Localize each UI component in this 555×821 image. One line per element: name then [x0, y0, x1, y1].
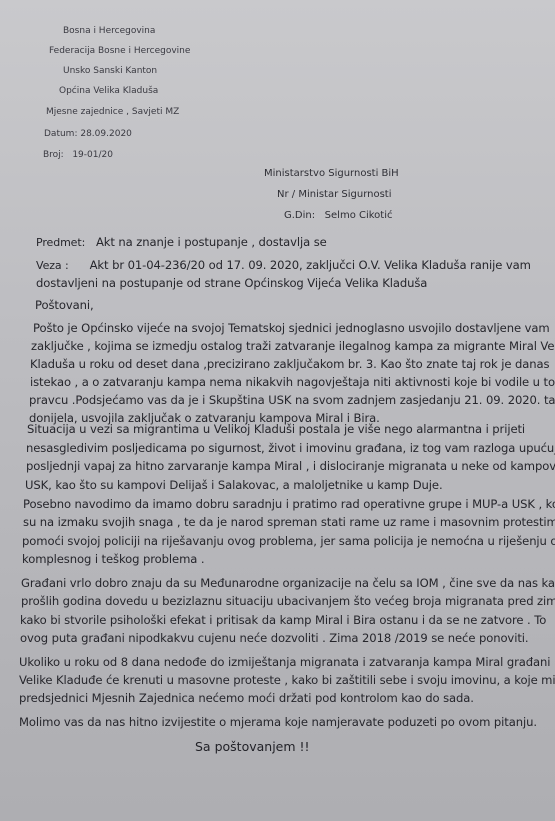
recipient-salutation: G.Din:: [284, 210, 315, 221]
reference-label: Veza :: [36, 259, 86, 272]
reference-line-1: Veza : Akt br 01-04-236/20 od 17. 09. 20…: [36, 258, 531, 272]
recipient-name: G.Din: Selmo Cikotić: [284, 210, 393, 221]
paragraph-line: ovog puta građani nipodkakvu cujenu neće…: [20, 631, 528, 645]
letter-page: Bosna i Hercegovina Federacija Bosne i H…: [0, 0, 555, 821]
reference-text-1: Akt br 01-04-236/20 od 17. 09. 2020, zak…: [90, 258, 531, 272]
letterhead-canton: Unsko Sanski Kanton: [63, 66, 157, 76]
paragraph-line: Molimo vas da nas hitno izvijestite o mj…: [19, 715, 537, 729]
recipient-ministry: Ministarstvo Sigurnosti BiH: [264, 168, 399, 179]
paragraph-line: pomoći svojoj policiji na riješavanju ov…: [22, 534, 555, 548]
paragraph-line: kako bi stvorile psihološki efekat i pri…: [20, 613, 546, 627]
paragraph-line: Građani vrlo dobro znaju da su Međunarod…: [21, 576, 555, 590]
paragraph-line: Situacija u vezi sa migrantima u Velikoj…: [27, 422, 525, 436]
paragraph-line: Posebno navodimo da imamo dobru saradnju…: [23, 497, 555, 511]
number-value: 19-01/20: [72, 150, 113, 160]
paragraph-line: USK, kao što su kampovi Delijaš i Salako…: [25, 478, 443, 492]
paragraph-line: zaključke , kojima se izmedju ostalog tr…: [31, 339, 555, 353]
number-label: Broj:: [43, 150, 64, 160]
paragraph-line: posljednji vapaj za hitno zarvaranje kam…: [26, 459, 555, 473]
letterhead-country: Bosna i Hercegovina: [63, 26, 155, 36]
letterhead-number: Broj: 19-01/20: [43, 150, 113, 160]
paragraph-line: nesasgledivim posljedicama po sigurnost,…: [26, 441, 555, 455]
reference-line-2: dostavljeni na postupanje od strane Opći…: [36, 276, 427, 290]
greeting: Poštovani,: [35, 298, 94, 312]
letterhead-date: Datum: 28.09.2020: [44, 129, 132, 139]
letterhead-office: Mjesne zajednice , Savjeti MZ: [46, 107, 179, 117]
paragraph-line: predsjednici Mjesnih Zajednica nećemo mo…: [19, 691, 474, 705]
recipient-minister: Nr / Ministar Sigurnosti: [277, 189, 392, 200]
closing-salutation: Sa poštovanjem !!: [195, 739, 310, 754]
letterhead-municipality: Općina Velika Kladuša: [59, 86, 158, 96]
subject-label: Predmet:: [36, 236, 85, 249]
paragraph-line: istekao , a o zatvaranju kampa nema nika…: [30, 375, 555, 389]
paragraph-line: su na izmaku svojih snaga , te da je nar…: [23, 515, 555, 529]
paragraph-line: prošlih godina dovedu u bezizlaznu situa…: [21, 594, 555, 608]
paragraph-line: Pošto je Općinsko vijeće na svojoj Temat…: [33, 321, 550, 335]
paragraph-line: Ukoliko u roku od 8 dana nedođe do izmij…: [19, 655, 550, 669]
date-label: Datum:: [44, 129, 77, 139]
paragraph-line: pravcu .Podsjećamo vas da je i Skupština…: [29, 393, 555, 407]
recipient-person: Selmo Cikotić: [325, 210, 393, 221]
subject-line: Predmet: Akt na znanje i postupanje , do…: [36, 235, 327, 249]
paragraph-line: Kladuša u roku od deset dana ,preciziran…: [30, 357, 549, 371]
letterhead-federation: Federacija Bosne i Hercegovine: [49, 46, 190, 56]
paragraph-line: komplesnog i teškog problema .: [22, 552, 204, 566]
subject-value: Akt na znanje i postupanje , dostavlja s…: [96, 235, 327, 249]
date-value: 28.09.2020: [80, 129, 132, 139]
paragraph-line: Velike Kladuđe će krenuti u masovne prot…: [19, 673, 555, 687]
